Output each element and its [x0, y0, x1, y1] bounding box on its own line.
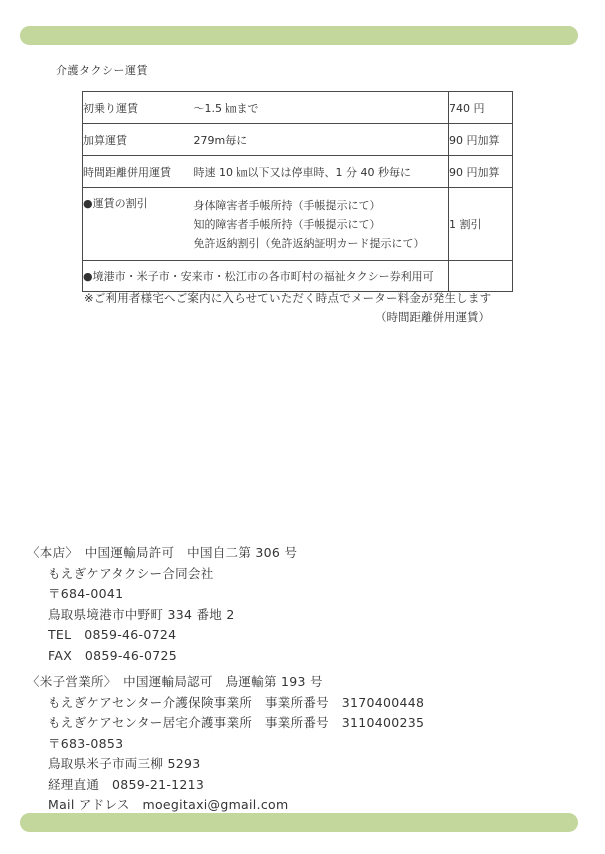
fare-table: 初乗り運賃 ～1.5 ㎞まで 740 円 加算運賃 279m毎に 90 円加算 …: [82, 91, 513, 292]
fare-description: 279m毎に: [194, 124, 449, 156]
table-row: 初乗り運賃 ～1.5 ㎞まで 740 円: [83, 92, 513, 124]
fare-label: 時間距離併用運賃: [83, 156, 194, 188]
table-row-welfare-ticket: ●境港市・米子市・安来市・松江市の各市町村の福祉タクシー券利用可: [83, 261, 513, 292]
fare-price: 90 円加算: [449, 124, 513, 156]
yonago-branch-block: 〈米子営業所〉 中国運輸局認可 鳥運輸第 193 号 もえぎケアセンター介護保険…: [27, 672, 424, 816]
yonago-postal-code: 〒683-0853: [48, 734, 424, 755]
table-row: 時間距離併用運賃 時速 10 ㎞以下又は停車時、1 分 40 秒毎に 90 円加…: [83, 156, 513, 188]
welfare-ticket-note: ●境港市・米子市・安来市・松江市の各市町村の福祉タクシー券利用可: [83, 261, 449, 292]
discount-condition: 身体障害者手帳所持（手帳提示にて）: [194, 196, 449, 215]
fare-label: ●運賃の割引: [83, 188, 194, 261]
fare-description: ～1.5 ㎞まで: [194, 92, 449, 124]
yonago-accounting-tel: 経理直通 0859-21-1213: [48, 775, 424, 796]
yonago-address: 鳥取県米子市両三柳 5293: [48, 754, 424, 775]
yonago-care-insurance-office: もえぎケアセンター介護保険事業所 事業所番号 3170400448: [48, 693, 424, 714]
table-row: 加算運賃 279m毎に 90 円加算: [83, 124, 513, 156]
top-green-bar: [20, 26, 578, 45]
head-office-fax: FAX 0859-46-0725: [48, 646, 297, 667]
yonago-home-care-office: もえぎケアセンター居宅介護事業所 事業所番号 3110400235: [48, 713, 424, 734]
head-office-company: もえぎケアタクシー合同会社: [48, 564, 297, 585]
fare-price: 740 円: [449, 92, 513, 124]
fare-price: [449, 261, 513, 292]
fare-label: 加算運賃: [83, 124, 194, 156]
meter-fare-note-sub: （時間距離併用運賃）: [0, 309, 490, 325]
fare-label: 初乗り運賃: [83, 92, 194, 124]
bottom-green-bar: [20, 813, 578, 832]
document-page: 介護タクシー運賃 初乗り運賃 ～1.5 ㎞まで 740 円 加算運賃 279m毎…: [0, 0, 605, 854]
head-office-address: 鳥取県境港市中野町 334 番地 2: [48, 605, 297, 626]
discount-condition: 免許返納割引（免許返納証明カード提示にて）: [194, 234, 449, 253]
yonago-branch-header: 〈米子営業所〉 中国運輸局認可 鳥運輸第 193 号: [27, 672, 424, 693]
fare-price: 1 割引: [449, 188, 513, 261]
discount-condition: 知的障害者手帳所持（手帳提示にて）: [194, 215, 449, 234]
head-office-tel: TEL 0859-46-0724: [48, 625, 297, 646]
fare-description: 時速 10 ㎞以下又は停車時、1 分 40 秒毎に: [194, 156, 449, 188]
table-row-discount: ●運賃の割引 身体障害者手帳所持（手帳提示にて） 知的障害者手帳所持（手帳提示に…: [83, 188, 513, 261]
page-title: 介護タクシー運賃: [56, 62, 148, 78]
head-office-postal-code: 〒684-0041: [48, 584, 297, 605]
fare-price: 90 円加算: [449, 156, 513, 188]
head-office-block: 〈本店〉 中国運輸局許可 中国自二第 306 号 もえぎケアタクシー合同会社 〒…: [27, 543, 297, 666]
fare-description: 身体障害者手帳所持（手帳提示にて） 知的障害者手帳所持（手帳提示にて） 免許返納…: [194, 188, 449, 261]
head-office-header: 〈本店〉 中国運輸局許可 中国自二第 306 号: [27, 543, 297, 564]
meter-fare-note: ※ご利用者様宅へご案内に入らせていただく時点でメーター料金が発生します: [84, 290, 491, 306]
